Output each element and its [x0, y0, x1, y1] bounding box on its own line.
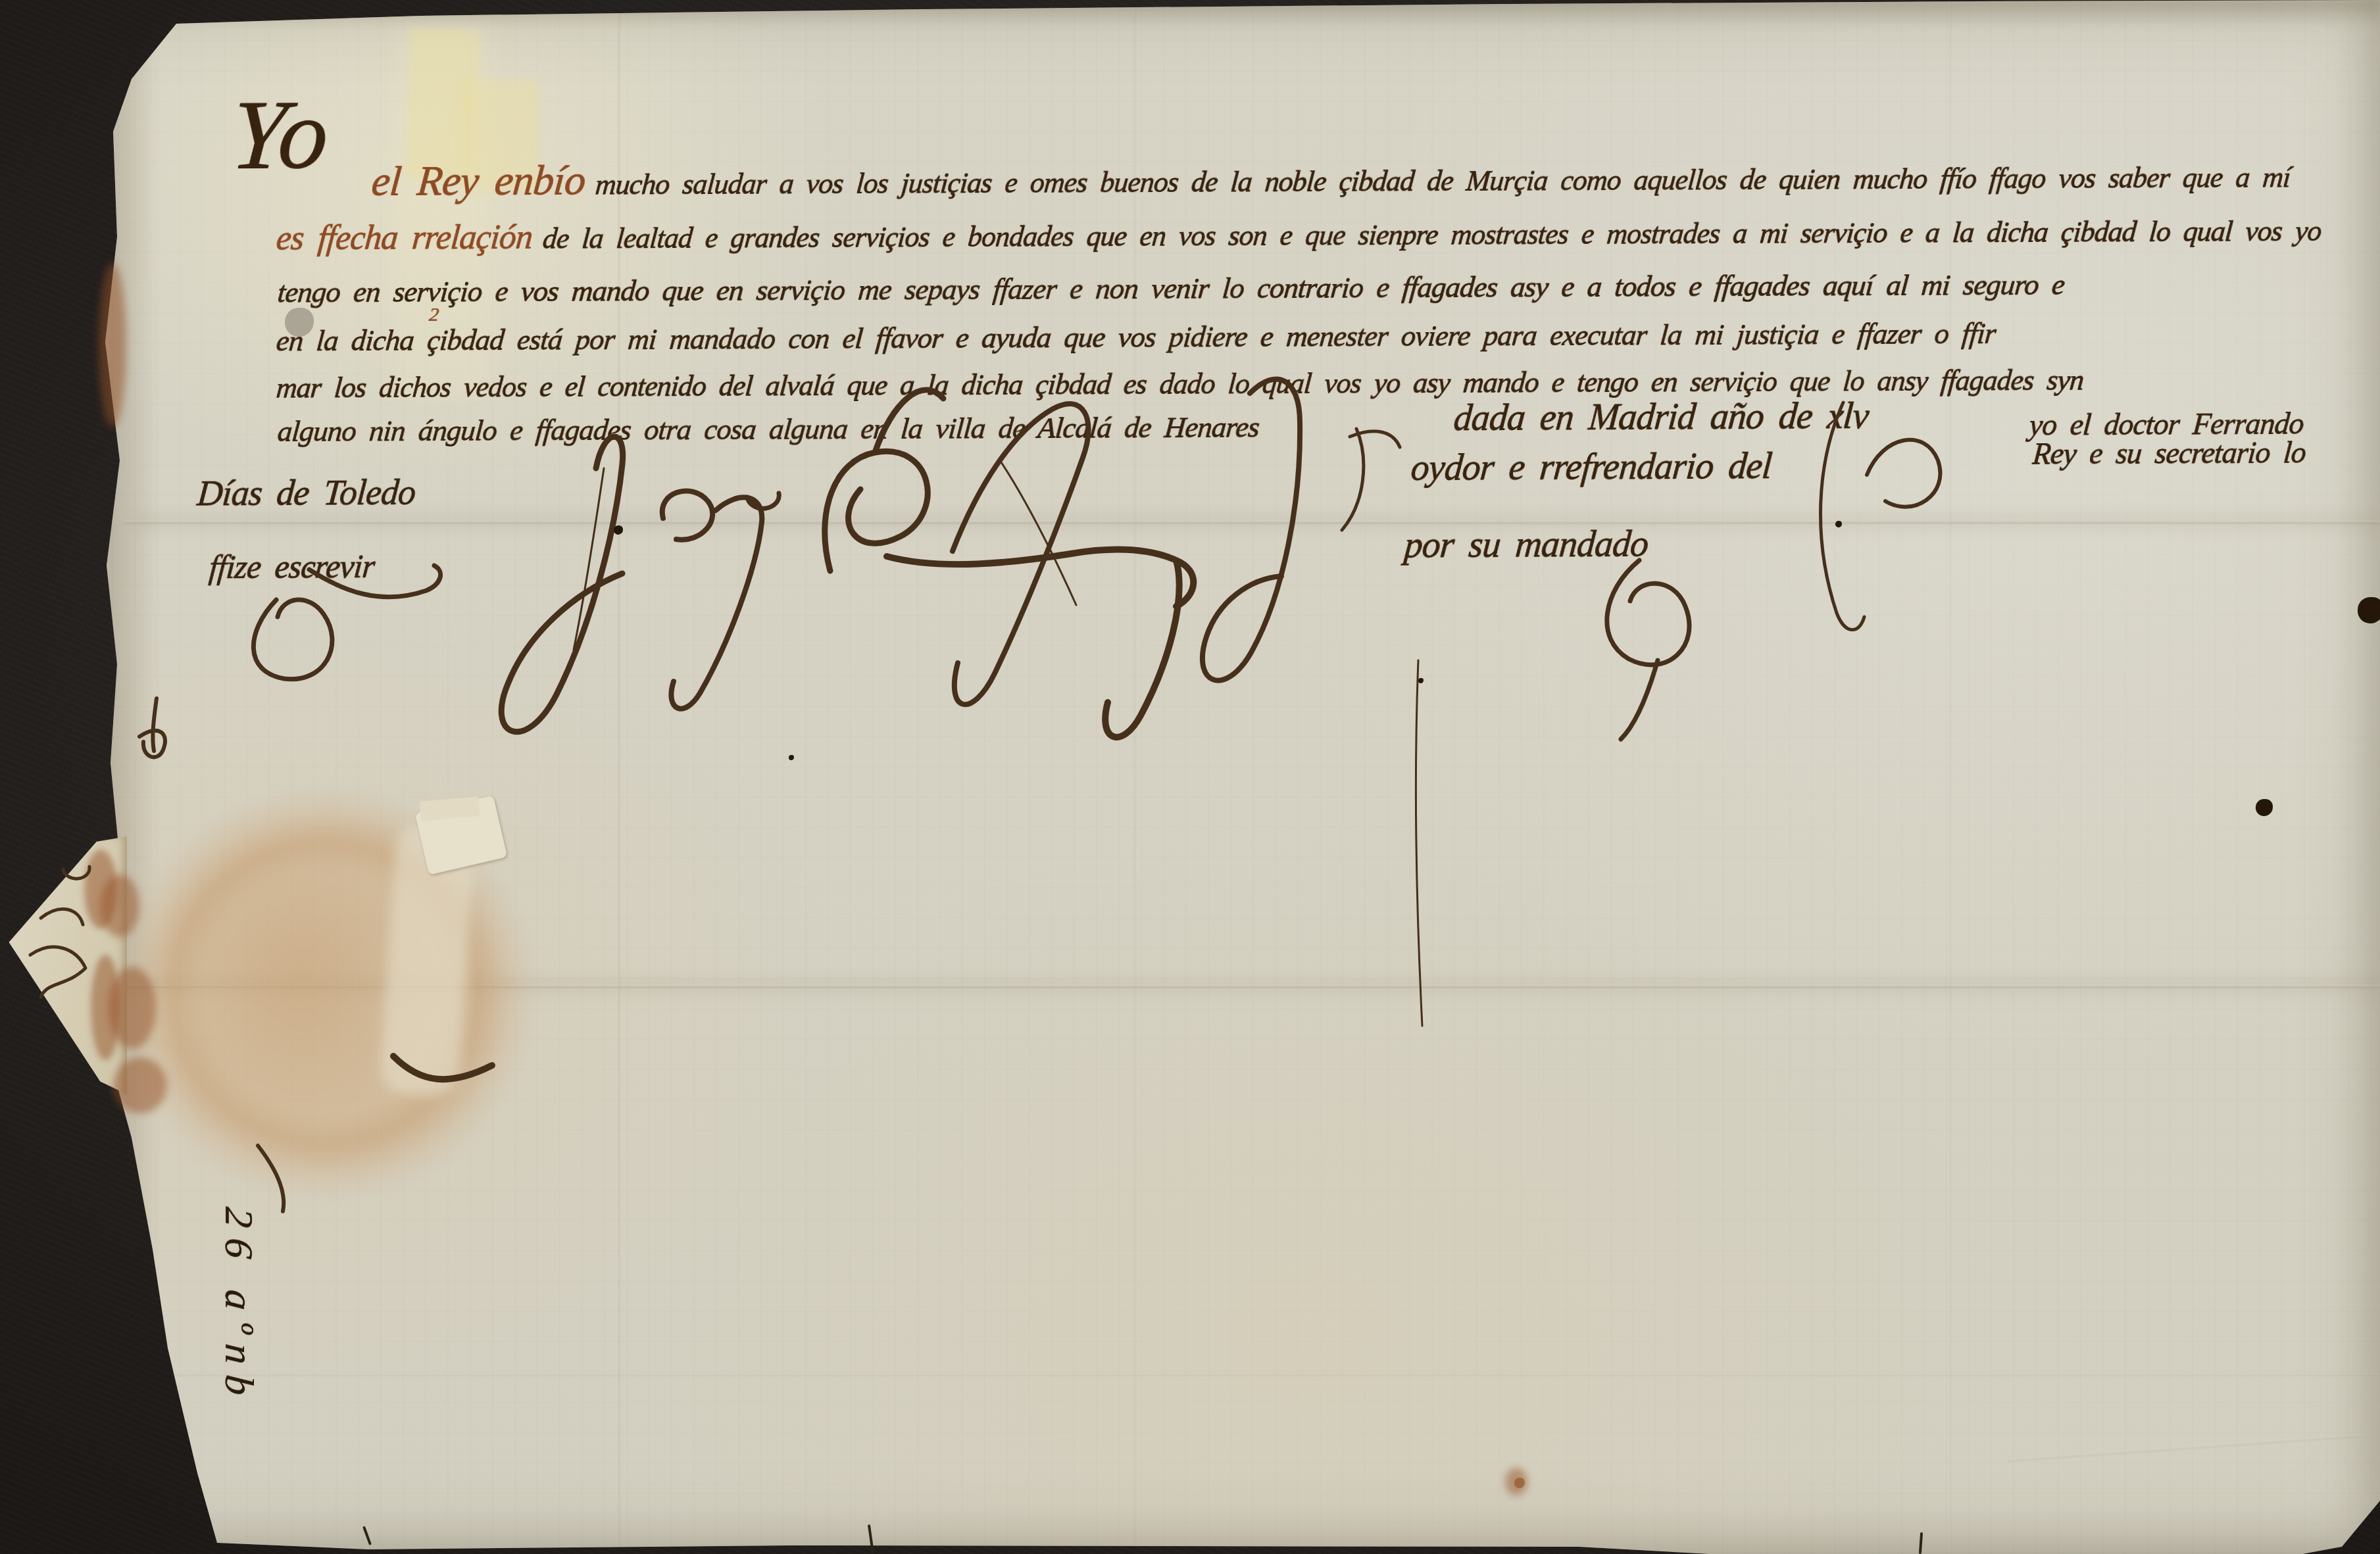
ink-spot — [2358, 597, 2380, 623]
dating-clause: dada en Madrid año de xlv — [1452, 395, 1870, 439]
photo-stage: el Rey enbíomucho saludar a vos los just… — [0, 0, 2380, 1554]
subscription-6: por su mandado — [1402, 523, 1649, 566]
manuscript-segment: el Rey enbío — [370, 156, 587, 205]
rust-stain — [100, 875, 139, 937]
manuscript-segment: mucho saludar a vos los justiçias e omes… — [594, 160, 2292, 201]
manuscript-segment: tengo en serviçio e vos mando que en ser… — [276, 267, 2066, 309]
manuscript-line: tengo en serviçio e vos mando que en ser… — [278, 267, 2075, 309]
rust-stain — [109, 967, 156, 1049]
rust-stain — [1505, 1468, 1527, 1495]
manuscript-segment: es ffecha rrelaçión — [275, 218, 534, 258]
subscription-3: Rey e su secretario lo — [2031, 435, 2307, 471]
rust-stain — [113, 1057, 167, 1113]
rust-stain — [99, 263, 126, 427]
manuscript-segment: de la lealtad e grandes serviçios e bond… — [541, 214, 2323, 255]
manuscript-line: alguno nin ángulo e ffagades otra cosa a… — [278, 410, 1270, 449]
archival-number: 26 aºnb — [215, 1205, 262, 1407]
initial-yo: Yo — [232, 135, 330, 135]
manuscript-text-layer: el Rey enbíomucho saludar a vos los just… — [0, 0, 2380, 1554]
subscription-2: oydor e rrefrendario del — [1409, 445, 1773, 489]
manuscript-segment: en la dicha çibdad está por mi mandado c… — [275, 316, 1997, 357]
manuscript-line: en la dicha çibdad está por mi mandado c… — [276, 316, 2006, 357]
subscription-5: ffize escrevir — [208, 546, 376, 585]
manuscript-line: es ffecha rrelaçiónde la lealtad e grand… — [276, 210, 2332, 258]
subscription-4: Días de Toledo — [195, 472, 416, 514]
manuscript-line: el Rey enbíomucho saludar a vos los just… — [372, 149, 2301, 206]
signe-de-renvoi: 2 — [428, 304, 439, 326]
manuscript-segment: alguno nin ángulo e ffagades otra cosa a… — [276, 410, 1260, 449]
